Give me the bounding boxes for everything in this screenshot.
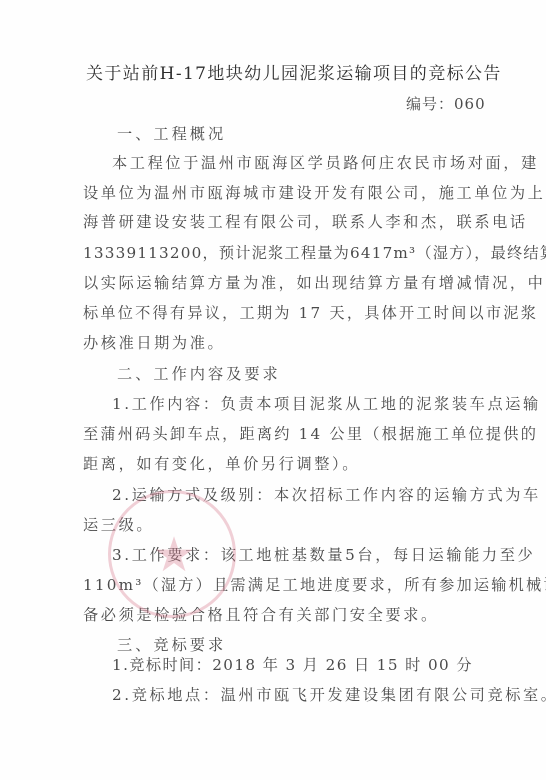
paragraph-line: 以实际运输结算方量为准，如出现结算方量有增减情况，中 [83, 272, 473, 294]
bid-location: 2.竞标地点：温州市瓯飞开发建设集团有限公司竞标室。 [112, 684, 492, 706]
section-heading-bidding: 三、竞标要求 [117, 634, 507, 656]
document-number: 编号：060 [406, 94, 486, 114]
paragraph-line: 13339113200，预计泥浆工程量为6417m³（湿方），最终结算 [83, 242, 473, 264]
paragraph-line: 本工程位于温州市瓯海区学员路何庄农民市场对面，建 [112, 152, 472, 174]
paragraph-line: 海普研建设安装工程有限公司，联系人李和杰，联系电话 [83, 211, 473, 233]
paragraph-line: 至蒲州码头卸车点，距离约 14 公里（根据施工单位提供的 [83, 423, 473, 445]
paragraph-line: 距离，如有变化，单价另行调整）。 [83, 453, 473, 475]
official-seal: ★ [108, 490, 236, 618]
document-page: 关于站前H-17地块幼儿园泥浆运输项目的竞标公告 编号：060 一、工程概况 本… [0, 0, 546, 780]
bid-time: 1.竞标时间：2018 年 3 月 26 日 15 时 00 分 [112, 654, 472, 676]
paragraph-line: 1.工作内容：负责本项目泥浆从工地的泥浆装车点运输 [112, 393, 472, 415]
document-title: 关于站前H-17地块幼儿园泥浆运输项目的竞标公告 [86, 62, 502, 86]
star-icon: ★ [150, 531, 198, 579]
section-heading-work: 二、工作内容及要求 [117, 363, 507, 385]
section-heading-overview: 一、工程概况 [117, 123, 507, 145]
paragraph-line: 办核准日期为准。 [83, 332, 473, 354]
paragraph-line: 设单位为温州市瓯海城市建设开发有限公司，施工单位为上 [83, 182, 473, 204]
paragraph-line: 标单位不得有异议，工期为 17 天，具体开工时间以市泥浆 [83, 302, 473, 324]
